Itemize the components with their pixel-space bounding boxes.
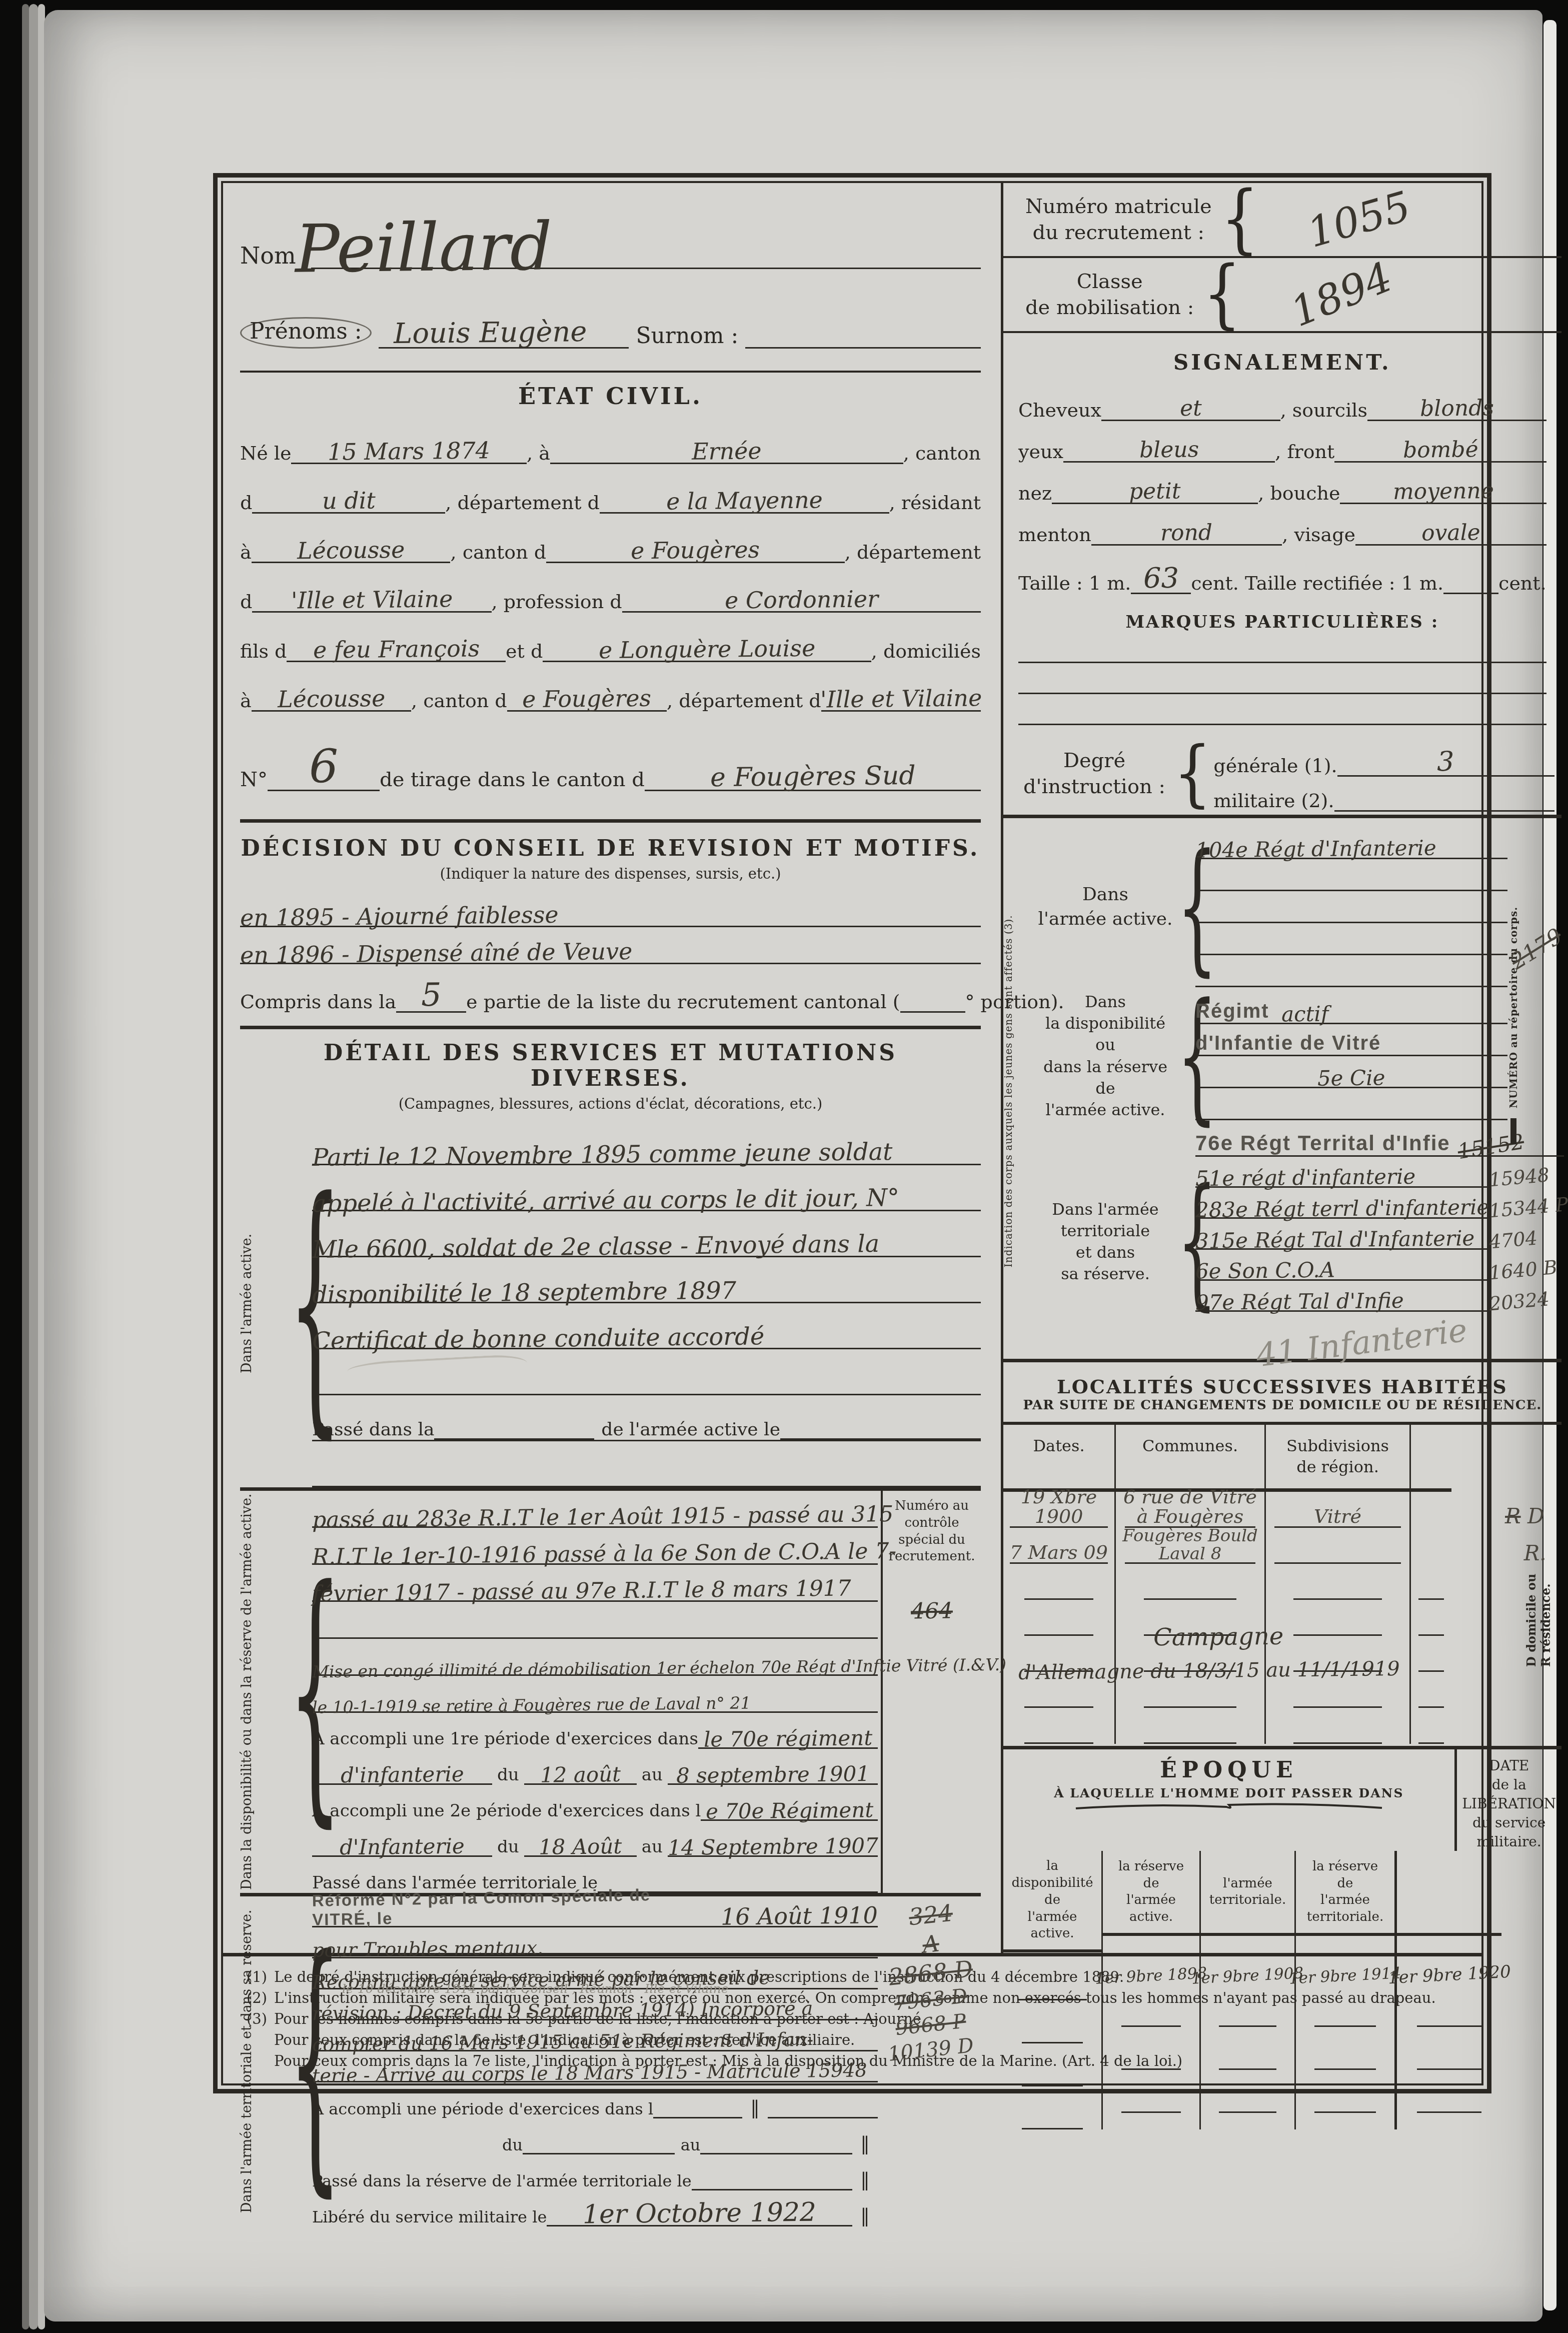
decision-1896: en 1896 - Dispensé aîné de Veuve: [240, 940, 633, 967]
periode-1-row2: d'infanterie du 12 août au 8 septembre 1…: [312, 1749, 878, 1785]
col-header-dr: [1409, 1425, 1451, 1492]
label: fils d: [240, 640, 287, 662]
name-row: Nom : Peillard: [240, 242, 981, 269]
dr-letter: D: [1527, 1504, 1544, 1528]
taille-value: 63: [1143, 565, 1179, 593]
visage-line: ovale: [1355, 522, 1546, 546]
epoque-section: ÉPOQUE À LAQUELLE L'HOMME DOIT PASSER DA…: [1003, 1746, 1561, 2129]
brace: {: [1177, 1171, 1194, 1313]
label: , à: [527, 442, 550, 464]
service-line: disponibilité le 18 septembre 1897: [312, 1257, 981, 1303]
corps-line-empty: [1195, 923, 1507, 955]
book-page-edge: [29, 4, 38, 2329]
signalement-title: SIGNALEMENT.: [1003, 350, 1561, 375]
periode-1-from-line: 12 août: [524, 1764, 637, 1785]
label: militaire (2).: [1213, 790, 1334, 812]
corps-armee-active-row: Dans l'armée active. { 104e Régt d'Infan…: [1035, 827, 1507, 987]
epoque-subtitle: À LAQUELLE L'HOMME DOIT PASSER DANS: [1003, 1786, 1454, 1800]
matricule-label: Numéro matricule du recrutement :: [1025, 194, 1212, 246]
label: , résidant: [889, 492, 981, 514]
epoque-empty-cell: [1103, 2070, 1199, 2113]
compris-portion-line: [900, 1011, 965, 1013]
scanned-register-page: Nom : Peillard Prénoms : Louis Eugène Su…: [44, 10, 1542, 2321]
reforme-motif: pour Troubles mentaux.: [312, 1938, 544, 1960]
classe-label-1: Classe: [1025, 269, 1194, 295]
disponibilite-side-label: Dans la disponibilité ou dans la réserve…: [240, 1491, 283, 1893]
front-line: bombé: [1334, 439, 1546, 463]
dr-letter: R.: [1524, 1541, 1546, 1565]
label: d: [240, 591, 252, 613]
section-armee-active: Dans l'armée active. { Parti le 12 Novem…: [240, 1119, 981, 1487]
cell-empty: [1003, 1708, 1114, 1744]
corps-stamp-line: Régimt actif: [1195, 992, 1507, 1024]
corps-line-empty: [1195, 859, 1507, 891]
epoque-date-header: DATE de la LIBÉRATION du service militai…: [1454, 1749, 1561, 1851]
regiment-name: 315e Régt Tal d'Infanterie: [1195, 1228, 1475, 1252]
matricule-label-2: du recrutement :: [1025, 220, 1212, 246]
cell-empty: [1409, 1672, 1451, 1708]
epoque-empty-cell: [1397, 2027, 1501, 2070]
label: , canton: [903, 442, 981, 464]
label: et d: [506, 640, 543, 662]
yeux-line: bleus: [1063, 439, 1275, 463]
epoque-empty-cell: [1003, 2086, 1101, 2129]
menton-line: rond: [1091, 522, 1282, 546]
reforme-motif-row: pour Troubles mentaux.: [312, 1927, 878, 1958]
brace: {: [1173, 738, 1211, 810]
label: , canton d: [411, 690, 507, 712]
yeux-value: bleus: [1139, 439, 1199, 461]
compris-part-line: 5: [396, 979, 466, 1013]
label: , département d: [445, 492, 600, 514]
dr-value: R.: [1524, 1541, 1546, 1565]
pencil-interline-note: le 10 décembre 1914 par le Conseil , Réu…: [342, 1981, 729, 1996]
periode-2-row: A accompli une 2e période d'exercices da…: [312, 1785, 878, 1821]
marques-title: MARQUES PARTICULIÈRES :: [1003, 612, 1561, 632]
periode-territoriale-dates-row: du au ‖: [312, 2118, 878, 2154]
degre-militaire-row: militaire (2).: [1213, 790, 1554, 812]
service-line: le 10-1-1919 se retire à Fougères rue de…: [312, 1676, 878, 1713]
epoque-empty-cell: [1296, 1984, 1394, 2027]
degre-generale-value: 3: [1437, 748, 1454, 775]
etat-civil-line-2: d u dit , département d e la Mayenne , r…: [240, 489, 981, 514]
territoriale-entry: révision ; Décret du 9 Septembre 1914) I…: [312, 1999, 813, 2023]
corps-territoriale-label: Dans l'armée territoriale et dans sa rés…: [1035, 1199, 1175, 1285]
service-line: appelé à l'activité, arrivé au corps le …: [312, 1165, 981, 1211]
service-line: février 1917 - passé au 97e R.I.T le 8 m…: [312, 1565, 878, 1602]
epoque-empty-cell: [1296, 2027, 1394, 2070]
service-line: passé au 283e R.I.T le 1er Août 1915 - p…: [312, 1491, 878, 1528]
label: Libéré du service militaire le: [312, 2207, 547, 2226]
periode-2-corps2: d'Infanterie: [340, 1836, 465, 1858]
blank-line: [653, 2117, 742, 2118]
double-bar: ‖: [852, 2168, 878, 2190]
subdivision-value: Vitré: [1314, 1507, 1361, 1527]
service-line-empty: [312, 1441, 981, 1487]
epoque-col-reserve-active: la réserve de l'armée active. 1er 9bre 1…: [1101, 1851, 1199, 2129]
canton-line: u dit: [252, 489, 445, 514]
etat-civil-line-5: fils d e feu François et d e Longuère Lo…: [240, 638, 981, 662]
tirage-number-line: 6: [268, 744, 380, 791]
divider: [240, 1487, 981, 1491]
epoque-col-territoriale: l'armée territoriale. 1er 9bre 1908: [1199, 1851, 1294, 2129]
blank-line: [768, 2117, 878, 2118]
cheveux-line: et: [1101, 398, 1280, 421]
territoriale-entry: terie - Arrivé au corps le 18 Mars 1915 …: [312, 2060, 867, 2085]
prenoms-label: Prénoms :: [240, 317, 372, 349]
domicile-line: Lécousse: [252, 687, 411, 712]
label: , sourcils: [1280, 399, 1367, 421]
section-territoriale: Dans l'armée territoriale et dans sa rés…: [240, 1896, 981, 2226]
canton-value: u dit: [322, 489, 376, 512]
cell-dr: [1409, 1528, 1451, 1564]
sourcils-line: blonds: [1367, 398, 1546, 421]
corps-disponibilite-row: Dans la disponibilité ou dans la réserve…: [1035, 991, 1507, 1121]
label: Passé dans la réserve de l'armée territo…: [312, 2171, 692, 2190]
label: A accompli une 1re période d'exercices d…: [312, 1729, 698, 1749]
periode-1-row: A accompli une 1re période d'exercices d…: [312, 1713, 878, 1749]
cell-date: 7 Mars 09: [1003, 1528, 1114, 1564]
epoque-empty-cell: [1201, 2070, 1294, 2113]
domicile-canton-line: e Fougères: [507, 687, 667, 712]
degre-militaire-line: [1334, 810, 1554, 812]
domicile-departement-line: 'Ille et Vilaine: [821, 687, 981, 712]
matricule-row: Numéro matricule du recrutement : { 1055: [1003, 183, 1561, 258]
brace: {: [289, 1925, 307, 2198]
epoque-title: ÉPOQUE: [1003, 1757, 1454, 1783]
controle-special-label: Numéro au contrôle spécial du recrutemen…: [889, 1498, 975, 1564]
services-subtitle: (Campagnes, blessures, actions d'éclat, …: [240, 1095, 981, 1112]
compris-part: 5: [421, 979, 441, 1011]
tirage-number: 6: [309, 744, 339, 790]
surnom-line: [745, 347, 981, 349]
epoque-col-header: la réserve de l'armée active.: [1103, 1851, 1199, 1936]
blank-line: [692, 2189, 852, 2190]
birth-place-line: Ernée: [550, 440, 903, 464]
repertoire-column: NUMÉRO au répertoire du corps.: [1507, 823, 1561, 1359]
menton-value: rond: [1160, 522, 1212, 544]
regiment-name: 283e Régt terrl d'infanterie: [1195, 1197, 1489, 1221]
degre-label-1: Degré: [1023, 748, 1165, 774]
label: du: [502, 2135, 523, 2154]
classe-label-2: de mobilisation :: [1025, 295, 1194, 321]
blank-line: [780, 1438, 981, 1440]
corps-section: Indication des corps auxquels les jeunes…: [1003, 818, 1561, 1359]
service-line-empty: [312, 1349, 981, 1395]
periode-2-to-line: 14 Septembre 1907: [668, 1836, 878, 1857]
territoriale-content: Réformé N°2 par la Comon spéciale de VIT…: [312, 1896, 878, 2226]
passe-armee-active-row: Passé dans la de l'armée active le: [312, 1395, 981, 1441]
label: A accompli une période d'exercices dans …: [312, 2099, 653, 2118]
date-value: 7 Mars 09: [1010, 1543, 1108, 1563]
regiment-stamp-hand: actif: [1281, 1003, 1328, 1025]
disponibilite-content: passé au 283e R.I.T le 1er Août 1915 - p…: [312, 1491, 878, 1893]
father-line: e feu François: [287, 638, 506, 662]
pencil-scribble: [347, 1354, 527, 1380]
corps-active-lines: 104e Régt d'Infanterie: [1195, 827, 1507, 987]
label: , front: [1275, 441, 1334, 463]
divider: [240, 1026, 981, 1029]
residence-line: Lécousse: [252, 539, 451, 563]
mutation-entry: passé au 283e R.I.T le 1er Août 1915 - p…: [312, 1503, 894, 1531]
label: Né le: [240, 442, 291, 464]
book-page-edge: [22, 4, 29, 2329]
prenoms-value: Louis Eugène: [393, 318, 587, 348]
cell-dr: [1409, 1492, 1451, 1528]
brace: {: [1221, 182, 1259, 257]
services-title: DÉTAIL DES SERVICES ET MUTATIONS DIVERSE…: [240, 1040, 981, 1091]
periode-2-corps-line2: d'Infanterie: [312, 1836, 492, 1857]
blank-line: [523, 2153, 675, 2154]
cell-subdivision: Vitré: [1264, 1492, 1409, 1528]
epoque-empty-cell: [1003, 2043, 1101, 2086]
armee-active-side-label: Dans l'armée active.: [240, 1119, 283, 1487]
domicile-departement: 'Ille et Vilaine: [820, 686, 982, 711]
cell-empty: [1409, 1600, 1451, 1636]
birth-date-line: 15 Mars 1874: [291, 440, 527, 464]
profession-line: e Cordonnier: [622, 588, 981, 613]
taille-rectifiee-line: [1443, 593, 1498, 594]
label: au: [675, 2135, 701, 2154]
demobilisation-entry: le 10-1-1919 se retire à Fougères rue de…: [312, 1694, 751, 1715]
label: cent. Taille rectifiée : 1 m.: [1191, 572, 1443, 594]
controle-special-number: 464: [888, 1600, 976, 1623]
reforme-row: Réformé N°2 par la Comon spéciale de VIT…: [312, 1896, 878, 1927]
campagne-note: Campagne: [1153, 1624, 1284, 1650]
corps-line: 104e Régt d'Infanterie: [1195, 827, 1507, 859]
departement-value: e la Mayenne: [666, 488, 823, 513]
col-header-dates: Dates.: [1003, 1425, 1114, 1492]
decision-subtitle: (Indiquer la nature des dispenses, sursi…: [240, 865, 981, 882]
dr-crossed: R: [1505, 1504, 1521, 1528]
brace: {: [1203, 257, 1241, 332]
brace: {: [1177, 836, 1194, 979]
nez-value: petit: [1129, 480, 1181, 503]
double-bar: ‖: [742, 2096, 768, 2118]
section-disponibilite: Dans la disponibilité ou dans la réserve…: [240, 1491, 981, 1893]
cell-empty: [1409, 1564, 1451, 1600]
label: e partie de la liste du recrutement cant…: [466, 991, 900, 1013]
regiment-stamp: 76e Régt Territal d'Infie: [1195, 1131, 1450, 1155]
corps-territoriale-row: Dans l'armée territoriale et dans sa rés…: [1035, 1125, 1507, 1359]
taille-line: 63: [1131, 565, 1191, 594]
liberation-row: Libéré du service militaire le 1er Octob…: [312, 2190, 878, 2226]
regiment-name: 51e régt d'infanterie: [1195, 1166, 1416, 1190]
label: yeux: [1018, 441, 1063, 463]
etat-civil-line-1: Né le 15 Mars 1874 , à Ernée , canton: [240, 440, 981, 464]
compris-row: Compris dans la 5 e partie de la liste d…: [240, 979, 981, 1013]
cell-date: 19 Xbre 1900: [1003, 1492, 1114, 1528]
visage-value: ovale: [1421, 522, 1480, 544]
residence-canton-line: e Fougères: [546, 539, 845, 563]
campagne-note: d'Allemagne du 18/3/15 au 11/1/1919: [1018, 1659, 1400, 1683]
epoque-value-cell: 1er 9bre 1908: [1201, 1936, 1294, 1984]
epoque-empty-cell: [1003, 2000, 1101, 2043]
prenoms-row: Prénoms : Louis Eugène Surnom :: [240, 317, 981, 349]
epoque-value-cell: [1003, 1952, 1101, 2000]
epoque-empty-cell: [1397, 2070, 1501, 2113]
epoque-empty-cell: [1103, 1984, 1199, 2027]
corps-company-line: 5e Cie: [1195, 1056, 1507, 1088]
matricule-label-1: Numéro matricule: [1025, 194, 1212, 220]
degre-label: Degré d'instruction :: [1023, 748, 1165, 800]
liberation-date-line: 1er Octobre 1922: [547, 2200, 852, 2226]
label: à: [240, 541, 252, 563]
degre-generale-line: 3: [1337, 748, 1554, 777]
birth-date: 15 Mars 1874: [328, 439, 490, 463]
epoque-col-header: l'armée territoriale.: [1201, 1851, 1294, 1936]
label: menton: [1018, 524, 1091, 546]
taille-row: Taille : 1 m. 63 cent. Taille rectifiée …: [1003, 565, 1561, 594]
cell-commune: Fougères Bould Laval 8: [1114, 1528, 1264, 1564]
label: nez: [1018, 482, 1052, 504]
etat-civil-line-4: d 'Ille et Vilaine , profession d e Cord…: [240, 588, 981, 613]
epoque-empty-cell: [1201, 2027, 1294, 2070]
signalement-row-4: menton rond , visage ovale: [1003, 522, 1561, 546]
label: générale (1).: [1213, 755, 1337, 777]
periode-1-corps: le 70e régiment: [704, 1727, 873, 1750]
epoque-empty-cell: [1201, 1984, 1294, 2027]
label: de l'armée active le: [594, 1419, 780, 1440]
brace: {: [289, 1167, 307, 1440]
right-column: Numéro matricule du recrutement : { 1055…: [1003, 183, 1561, 1953]
label: , profession d: [492, 591, 622, 613]
brace: {: [1177, 985, 1194, 1127]
tirage-no-label: N°: [240, 768, 268, 791]
armee-active-content: Parti le 12 Novembre 1895 comme jeune so…: [312, 1119, 981, 1487]
cell-empty: [1003, 1600, 1114, 1636]
service-line: Parti le 12 Novembre 1895 comme jeune so…: [312, 1119, 981, 1165]
signalement-row-2: yeux bleus , front bombé: [1003, 439, 1561, 463]
signalement-row-1: Cheveux et , sourcils blonds: [1003, 398, 1561, 421]
cell-empty: [1264, 1600, 1409, 1636]
blank-line: [1018, 632, 1546, 663]
periode-territoriale-row: A accompli une période d'exercices dans …: [312, 2082, 878, 2118]
degre-generale-row: générale (1). 3: [1213, 748, 1554, 777]
col-header-communes: Communes.: [1114, 1425, 1264, 1492]
prenoms-line: Louis Eugène: [379, 319, 629, 349]
bouche-value: moyenne: [1392, 480, 1493, 503]
epoque-col-disponibilite: la disponibilité de l'armée active.: [1003, 1851, 1101, 2129]
cell-empty: [1264, 1564, 1409, 1600]
label: , domiciliés: [871, 640, 981, 662]
bouche-line: moyenne: [1340, 481, 1546, 504]
label: du: [492, 1765, 524, 1785]
service-line: Mise en congé illimité de démobilisation…: [312, 1639, 878, 1676]
classe-label: Classe de mobilisation :: [1025, 269, 1194, 321]
decision-entries: en 1895 - Ajourné faiblesse en 1896 - Di…: [240, 890, 981, 964]
domicile-value: Lécousse: [277, 687, 385, 711]
front-value: bombé: [1402, 439, 1478, 462]
decision-entry-2: en 1896 - Dispensé aîné de Veuve: [240, 927, 981, 964]
reforme-date: 16 Août 1910: [721, 1903, 878, 1928]
periode-2-row2: d'Infanterie du 18 Août au 14 Septembre …: [312, 1821, 878, 1857]
regiment-stamp: d'Infantie de Vitré: [1195, 1032, 1381, 1055]
periode-2-from-line: 18 Août: [524, 1836, 637, 1857]
tirage-row: N° 6 de tirage dans le canton d e Fougèr…: [240, 744, 981, 791]
residence-value: Lécousse: [297, 538, 405, 562]
etat-civil-line-6: à Lécousse , canton d e Fougères , dépar…: [240, 687, 981, 712]
label: au: [637, 1837, 668, 1857]
epoque-empty-cell: [1103, 2027, 1199, 2070]
reforme-stamp: Réformé N°2 par la Comon spéciale de VIT…: [312, 1884, 706, 1929]
mother-line: e Longuère Louise: [543, 638, 871, 662]
periode-2-from: 18 Août: [539, 1836, 622, 1858]
epoque-empty-cell: [1296, 2070, 1394, 2113]
tirage-label: de tirage dans le canton d: [380, 768, 645, 791]
company-value: 5e Cie: [1317, 1067, 1385, 1089]
service-line: Certificat de bonne conduite accordé: [312, 1303, 981, 1349]
label: cent.: [1498, 572, 1546, 594]
nom-value: Peillard: [295, 214, 552, 282]
label: , canton d: [450, 541, 546, 563]
divider: [240, 819, 981, 823]
degre-label-2: d'instruction :: [1023, 774, 1165, 800]
label: à: [240, 690, 252, 712]
birth-place: Ernée: [692, 439, 762, 463]
matricule-number: 1055: [1302, 183, 1416, 257]
blank-line: [1018, 694, 1546, 725]
cell-empty: [1409, 1636, 1451, 1672]
epoque-col-reserve-territoriale: la réserve de l'armée territoriale. 1er …: [1294, 1851, 1394, 2129]
cell-empty: [1003, 1564, 1114, 1600]
regiment-name: 6e Son C.O.A: [1195, 1260, 1335, 1282]
localites-subtitle: PAR SUITE DE CHANGEMENTS DE DOMICILE OU …: [1003, 1398, 1561, 1413]
epoque-col-header-blank: [1397, 1851, 1501, 1936]
localites-table: Dates. Communes. Subdivisions de région.…: [1003, 1422, 1561, 1744]
repertoire-bracket: [1510, 1118, 1516, 1144]
cheveux-value: et: [1180, 398, 1202, 420]
label: Compris dans la: [240, 991, 396, 1013]
decision-entry-1: en 1895 - Ajourné faiblesse: [240, 890, 981, 927]
territoriale-line: compter du 16 Mars 1915 au 51e Régiment …: [312, 2020, 878, 2051]
label: A accompli une 2e période d'exercices da…: [312, 1801, 701, 1821]
divider: [240, 371, 981, 373]
epoque-col-header: la réserve de l'armée territoriale.: [1296, 1851, 1394, 1936]
tirage-canton: e Fougères Sud: [710, 763, 915, 791]
liberation-date: 1er Octobre 1922: [583, 2199, 817, 2228]
corps-side-label: Indication des corps auxquels les jeunes…: [1003, 823, 1035, 1359]
territoriale-entry: compter du 16 Mars 1915 au 51e Régiment …: [312, 2030, 814, 2054]
corps-active-label: Dans l'armée active.: [1035, 883, 1175, 931]
periode-2-to: 14 Septembre 1907: [667, 1835, 878, 1858]
passe-reserve-territoriale-row: Passé dans la réserve de l'armée territo…: [312, 2154, 878, 2190]
cell-empty: [1114, 1708, 1264, 1744]
sourcils-value: blonds: [1420, 397, 1494, 420]
etat-civil-title: ÉTAT CIVIL.: [240, 383, 981, 410]
periode-1-to: 8 septembre 1901: [676, 1763, 869, 1786]
double-bar: ‖: [852, 2204, 878, 2226]
periode-2-corps: e 70e Régiment: [705, 1799, 873, 1822]
flourish: [1074, 1802, 1384, 1811]
service-line-empty: [312, 1602, 878, 1639]
form-frame: Nom : Peillard Prénoms : Louis Eugène Su…: [213, 173, 1491, 2093]
decision-1895: en 1895 - Ajourné faiblesse: [240, 903, 559, 930]
corps-active-value: 104e Régt d'Infanterie: [1195, 837, 1436, 861]
date-value: 19 Xbre 1900: [1003, 1487, 1114, 1527]
cell-empty: [1264, 1708, 1409, 1744]
periode-1-to-line: 8 septembre 1901: [668, 1764, 878, 1785]
blank-line: [1018, 663, 1546, 694]
degre-instruction-block: Degré d'instruction : { générale (1). 3 …: [1003, 735, 1561, 815]
regiment-stamp: Régimt: [1195, 1000, 1269, 1023]
territoriale-line: terie - Arrivé au corps le 18 Mars 1915 …: [312, 2051, 878, 2082]
epoque-header: ÉPOQUE À LAQUELLE L'HOMME DOIT PASSER DA…: [1003, 1749, 1454, 1851]
signalement-row-3: nez petit , bouche moyenne: [1003, 481, 1561, 504]
label: Cheveux: [1018, 399, 1101, 421]
surnom-label: Surnom :: [636, 323, 738, 349]
periode-1-corps-line: le 70e régiment: [698, 1728, 878, 1749]
